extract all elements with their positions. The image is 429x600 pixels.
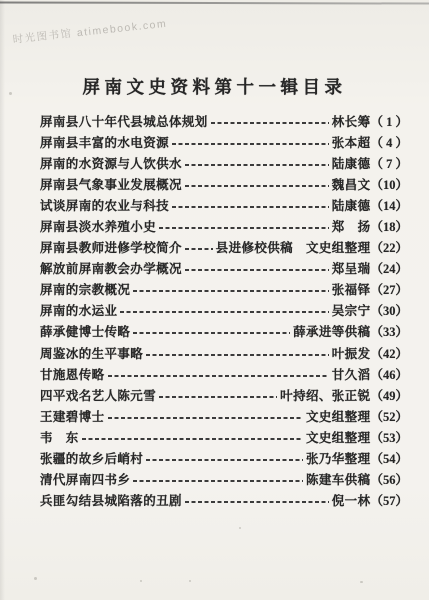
entry-title: 甘施恩传略 xyxy=(40,365,105,383)
toc-entry: 屏南县八十年代县城总体规划 林长筹 （ 1 ） xyxy=(40,110,408,131)
scan-speck xyxy=(34,577,37,580)
entry-title: 屏南县教师进修学校简介 xyxy=(40,238,182,256)
entry-title: 王建碧博士 xyxy=(40,407,105,425)
toc-entry: 屏南的宗教概况 张福铎 （27） xyxy=(40,279,408,300)
entry-title: 张疆的故乡后峭村 xyxy=(40,449,143,467)
entry-title: 四平戏名艺人陈元雪 xyxy=(40,386,156,404)
entry-page-number: （27） xyxy=(370,280,408,298)
entry-author: 叶振发 xyxy=(332,344,371,362)
entry-author: 文史组整理 xyxy=(306,407,371,425)
entry-author: 张福铎 xyxy=(332,280,371,298)
entry-author: 县进修校供稿 文史组整理 xyxy=(216,238,371,256)
entry-author: 薛承进等供稿 xyxy=(293,322,370,340)
toc-entry: 王建碧博士 文史组整理 （52） xyxy=(40,405,408,426)
toc-entry: 屏南县淡水养殖小史 郑 扬 （18） xyxy=(40,215,408,236)
toc-entry: 解放前屏南教会办学概况 郑呈瑞 （24） xyxy=(40,258,408,279)
entry-title: 薛承健博士传略 xyxy=(40,322,130,340)
entry-author: 林长筹 xyxy=(332,112,371,130)
entry-page-number: （46） xyxy=(370,365,408,383)
entry-title: 屏南县丰富的水电资源 xyxy=(40,133,169,151)
toc-entry: 屏南县丰富的水电资源 张本超 （ 4 ） xyxy=(40,131,408,152)
entry-page-number: （ 7 ） xyxy=(370,154,408,172)
entry-page-number: （33） xyxy=(370,322,408,340)
dot-leader xyxy=(146,354,329,356)
entry-author: 甘久滔 xyxy=(332,365,371,383)
dot-leader xyxy=(185,185,329,187)
page-title: 屏南文史资料第十一辑目录 xyxy=(0,74,429,99)
entry-author: 郑 扬 xyxy=(332,217,371,235)
entry-author: 陆康德 xyxy=(332,196,371,214)
dot-leader xyxy=(172,206,329,208)
entry-title: 周鉴冰的生平事略 xyxy=(40,344,143,362)
entry-title: 屏南县八十年代县城总体规划 xyxy=(40,112,208,130)
entry-title: 屏南县气象事业发展概况 xyxy=(40,175,182,193)
dot-leader xyxy=(82,438,303,440)
entry-page-number: （49） xyxy=(370,386,408,404)
entry-title: 兵匪勾结县城陷落的丑剧 xyxy=(40,491,182,509)
dot-leader xyxy=(172,143,329,145)
entry-author: 倪一林 xyxy=(332,491,371,509)
entry-page-number: （14） xyxy=(370,196,408,214)
toc-entry: 四平戏名艺人陈元雪 叶持绍、张正锐 （49） xyxy=(40,384,408,405)
scan-speck xyxy=(9,92,12,95)
scan-speck xyxy=(239,527,241,529)
entry-author: 文史组整理 xyxy=(306,428,371,446)
toc-entry: 屏南县教师进修学校简介 县进修校供稿 文史组整理 （22） xyxy=(40,237,408,258)
toc-entry: 薛承健博士传略 薛承进等供稿 （33） xyxy=(40,321,408,342)
entry-title: 韦 东 xyxy=(40,428,79,446)
scan-speck xyxy=(189,580,191,582)
entry-author: 郑呈瑞 xyxy=(332,259,371,277)
toc-entry: 屏南的水运业 吴宗宁 （30） xyxy=(40,300,408,321)
watermark: 时光图书馆 atimebook.com xyxy=(12,16,168,47)
scan-speck xyxy=(140,580,142,582)
entry-author: 叶持绍、张正锐 xyxy=(280,386,370,404)
entry-title: 屏南的水运业 xyxy=(40,301,117,319)
entry-page-number: （54） xyxy=(370,449,408,467)
scan-speck xyxy=(360,581,363,583)
entry-page-number: （52） xyxy=(370,407,408,425)
scanned-book-page: { "colors": { "ink": "#262626", "paper":… xyxy=(0,0,429,600)
dot-leader xyxy=(185,164,329,166)
entry-author: 吴宗宁 xyxy=(332,301,371,319)
entry-author: 张乃华整理 xyxy=(306,449,371,467)
dot-leader xyxy=(159,396,277,398)
dot-leader xyxy=(133,290,328,292)
scan-top-edge xyxy=(0,1,429,4)
dot-leader xyxy=(185,269,329,271)
entry-author: 陆康德 xyxy=(332,154,371,172)
toc-entry: 甘施恩传略 甘久滔 （46） xyxy=(40,363,408,384)
entry-author: 魏昌文 xyxy=(332,175,371,193)
toc-entry: 兵匪勾结县城陷落的丑剧 倪一林 （57） xyxy=(40,490,408,511)
entry-title: 屏南的宗教概况 xyxy=(40,280,130,298)
entry-title: 清代屏南四书乡 xyxy=(40,470,130,488)
toc-entry: 试谈屏南的农业与科技 陆康德 （14） xyxy=(40,194,408,215)
entry-author: 张本超 xyxy=(332,133,371,151)
dot-leader xyxy=(159,227,329,229)
dot-leader xyxy=(108,375,329,377)
entry-page-number: （57） xyxy=(370,491,408,509)
dot-leader xyxy=(133,332,290,334)
entry-page-number: （10） xyxy=(370,175,408,193)
entry-page-number: （56） xyxy=(370,470,408,488)
toc-entry: 韦 东 文史组整理 （53） xyxy=(40,426,408,447)
entry-title: 屏南的水资源与人饮供水 xyxy=(40,154,182,172)
entry-author: 陈建车供稿 xyxy=(306,470,371,488)
dot-leader xyxy=(146,459,303,461)
toc-list: 屏南县八十年代县城总体规划 林长筹 （ 1 ） 屏南县丰富的水电资源 张本超 （… xyxy=(40,110,408,511)
toc-entry: 屏南县气象事业发展概况 魏昌文 （10） xyxy=(40,173,408,194)
entry-page-number: （42） xyxy=(370,344,408,362)
entry-page-number: （30） xyxy=(370,301,408,319)
dot-leader xyxy=(211,122,329,124)
entry-title: 屏南县淡水养殖小史 xyxy=(40,217,156,235)
entry-page-number: （18） xyxy=(370,217,408,235)
entry-page-number: （ 1 ） xyxy=(370,112,408,130)
toc-entry: 张疆的故乡后峭村 张乃华整理 （54） xyxy=(40,448,408,469)
dot-leader xyxy=(108,417,303,419)
dot-leader xyxy=(185,501,329,503)
entry-page-number: （22） xyxy=(370,238,408,256)
dot-leader xyxy=(133,480,303,482)
toc-entry: 清代屏南四书乡 陈建车供稿 （56） xyxy=(40,469,408,490)
entry-page-number: （ 4 ） xyxy=(370,133,408,151)
dot-leader xyxy=(120,311,328,313)
entry-title: 解放前屏南教会办学概况 xyxy=(40,259,182,277)
toc-entry: 屏南的水资源与人饮供水 陆康德 （ 7 ） xyxy=(40,152,408,173)
dot-leader xyxy=(185,248,213,250)
toc-entry: 周鉴冰的生平事略 叶振发 （42） xyxy=(40,342,408,363)
entry-page-number: （53） xyxy=(370,428,408,446)
entry-title: 试谈屏南的农业与科技 xyxy=(40,196,169,214)
entry-page-number: （24） xyxy=(370,259,408,277)
